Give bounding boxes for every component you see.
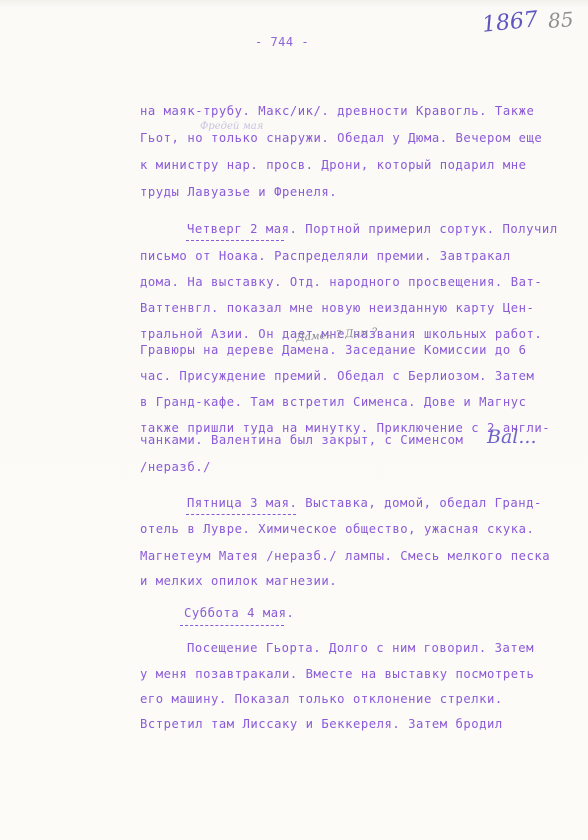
text-line: письмо от Ноака. Распределяли премии. За… (140, 249, 511, 263)
text-line: труды Лавуазье и Френеля. (140, 185, 337, 199)
text-line: и мелких опилок магнезии. (140, 574, 337, 588)
heading-thursday-line: Четверг 2 мая. Портной примерил сортук. … (187, 222, 558, 236)
handwritten-note: Bal... (487, 426, 537, 448)
handwritten-folio: 85 (547, 7, 574, 33)
text-line: Гравюры на дереве Дамена. Заседание Коми… (140, 343, 527, 357)
text-line: час. Присуждение премий. Обедал с Берлио… (140, 369, 534, 383)
text-line: дома. На выставку. Отд. народного просве… (140, 275, 542, 289)
heading-friday-line: Пятница 3 мая. Выставка, домой, обедал Г… (187, 496, 542, 510)
document-page: - 744 - 1867 85 на маяк-трубу. Макс/ик/.… (0, 0, 588, 840)
text-line: Ваттенвгл. показал мне новую неизданную … (140, 301, 534, 315)
text-line: Магнетеум Матея /неразб./ лампы. Смесь м… (140, 549, 550, 563)
text-line: к министру нар. просв. Дрони, который по… (140, 158, 527, 172)
heading-saturday: Суббота 4 мая. (184, 606, 294, 620)
date-underline (180, 625, 284, 626)
date-underline (186, 240, 284, 241)
date-underline (186, 514, 296, 515)
text-line: у меня позавтракали. Вместе на выставку … (140, 667, 534, 681)
text-line: в Гранд-кафе. Там встретил Сименса. Дове… (140, 395, 527, 409)
text-line: Посещение Гьорта. Долго с ним говорил. З… (187, 641, 534, 655)
text-line: на маяк-трубу. Макс/ик/. древности Краво… (140, 104, 534, 118)
text-line: Гьот, но только снаружи. Обедал у Дюма. … (140, 131, 542, 145)
text-line: Встретил там Лиссаку и Беккереля. Затем … (140, 717, 503, 731)
handwritten-year: 1867 (481, 7, 539, 38)
text-line: /неразб./ (140, 460, 211, 474)
text-line: его машину. Показал только отклонение ст… (140, 692, 503, 706)
text-line: чанками. Валентина был закрыт, с Сименсо… (140, 433, 463, 447)
text-line: отель в Лувре. Химическое общество, ужас… (140, 522, 534, 536)
page-number: - 744 - (255, 35, 309, 49)
